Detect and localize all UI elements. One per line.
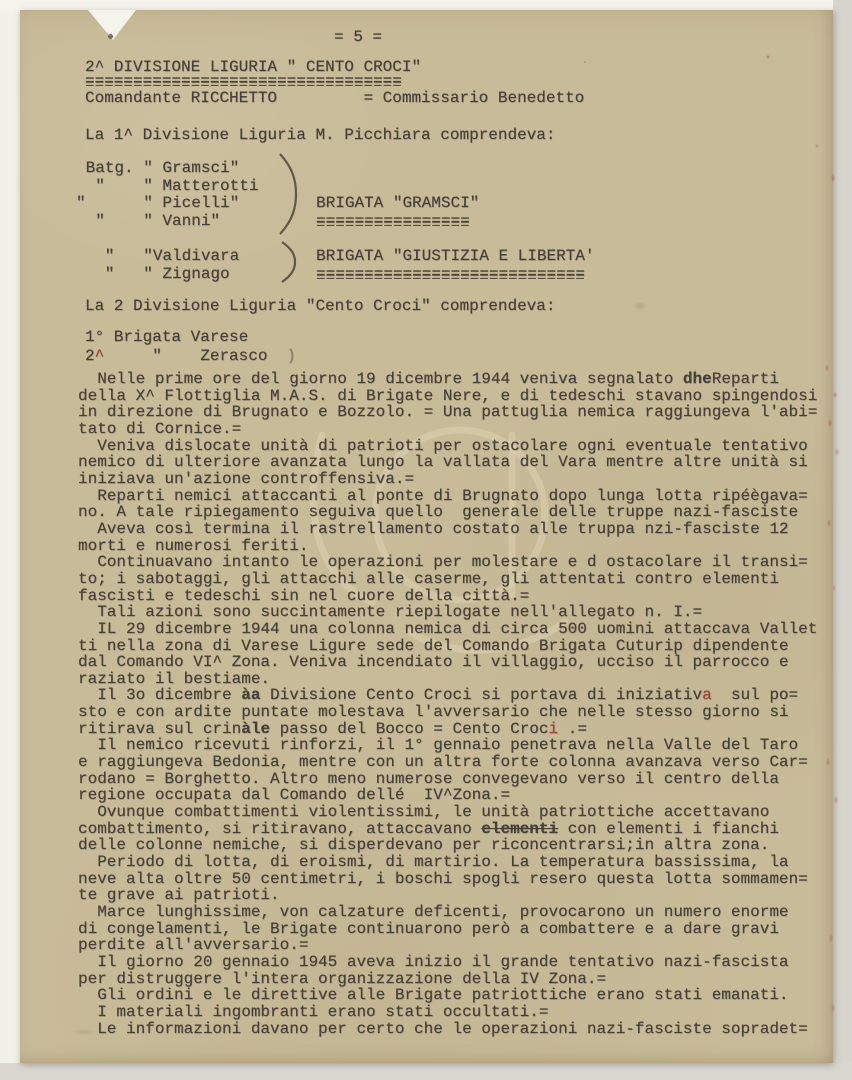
- text-segment: ================: [316, 212, 470, 230]
- text-segment: " Zerasco: [104, 347, 286, 365]
- text-segment: ritirava sul crin: [78, 720, 241, 738]
- battalion-line: " " Vanni" ================: [76, 213, 594, 231]
- text-line: regione occupata dal Comando dellé IV^Zo…: [78, 787, 817, 804]
- overstruck-word: elementi: [481, 820, 558, 838]
- battalion-line: " " Matterotti: [76, 178, 594, 196]
- text-line: delle colonne nemiche, si disperdevano p…: [78, 837, 817, 854]
- unit-line: 2^ " Zerasco ): [85, 347, 296, 366]
- battalion-line: " "Valdivara BRIGATA "GIUSTIZIA E LIBERT…: [76, 248, 594, 266]
- text-segment: con elementi i fianchi: [558, 820, 779, 838]
- text-line: ritirava sul crinàle passo del Bocco = C…: [78, 721, 817, 738]
- text-line: Marce lunghissime, von calzature deficen…: [78, 904, 817, 921]
- text-segment: ^: [95, 347, 105, 365]
- text-segment: Il 3o dicembre: [78, 686, 241, 704]
- text-line: in direzione di Brugnato e Bozzolo. = Un…: [78, 404, 817, 421]
- commander-line: Comandante RICCHETTO = Commissario Bened…: [85, 90, 584, 107]
- text-segment: sul po=: [712, 686, 798, 704]
- text-line: no. A tale ripiegamento seguiva quello g…: [78, 504, 817, 521]
- text-line: I materiali ingombranti erano stati occu…: [78, 1004, 817, 1021]
- battalion-line: [76, 230, 594, 248]
- scan-bed-right: [833, 0, 852, 1080]
- text-line: IL 29 dicembre 1944 una colonna nemica d…: [78, 621, 817, 638]
- brace-brigata-giustizia: [278, 239, 300, 285]
- text-line: Gli ordini e le direttive alle Brigate p…: [78, 987, 817, 1004]
- text-segment: 2: [85, 347, 95, 365]
- text-segment: combattimento, si ritiravano, attaccavan…: [78, 820, 481, 838]
- text-segment: .=: [558, 720, 587, 738]
- text-segment: Reparti: [712, 370, 779, 388]
- text-line: Nelle prime ore del giorno 19 dicembre 1…: [78, 371, 817, 388]
- text-line: dal Comando VI^ Zona. Veniva incendiato …: [78, 654, 817, 671]
- text-line: neve alta oltre 50 centimetri, i boschi …: [78, 871, 817, 888]
- page-number: = 5 =: [78, 28, 638, 46]
- text-line: Il nemico ricevuti rinforzi, il 1° genna…: [78, 737, 817, 754]
- text-line: perdite all'avversario.=: [78, 937, 817, 954]
- title-underline: =================================: [85, 73, 584, 90]
- text-line: Il 3o dicembre àa Divisione Cento Croci …: [78, 687, 817, 704]
- battalion-line: " " Zignago ============================: [76, 266, 594, 284]
- text-line: Reparti nemici attaccanti al ponte di Br…: [78, 488, 817, 505]
- text-segment: dhe: [683, 370, 712, 388]
- text-segment: ============================: [316, 265, 585, 283]
- division2-intro: La 2 Divisione Liguria "Cento Croci" com…: [85, 297, 555, 315]
- document-header: 2^ DIVISIONE LIGURIA " CENTO CROCI" ====…: [85, 59, 584, 107]
- text-line: ti nella zona di Varese Ligure sede del …: [78, 638, 817, 655]
- text-line: della X^ Flottiglia M.A.S. di Brigate Ne…: [78, 388, 817, 405]
- text-line: per distruggere l'intera organizzazione …: [78, 971, 817, 988]
- text-line: Continuavano intanto le operazioni per m…: [78, 554, 817, 571]
- battalion-line: " " Picelli" BRIGATA "GRAMSCI": [76, 195, 594, 213]
- text-line: Aveva così termina il rastrellamento cos…: [78, 521, 817, 538]
- text-line: sto e con ardite puntate molestava l'avv…: [78, 704, 817, 721]
- battalion-line: Batg. " Gramsci": [76, 160, 594, 178]
- text-segment: àa: [241, 686, 260, 704]
- text-line: Il giorno 20 gennaio 1945 aveva inizio i…: [78, 954, 817, 971]
- text-line: te grave ai patrioti.: [78, 887, 817, 904]
- unit-line: 1° Brigata Varese: [85, 328, 296, 347]
- text-line: Veniva dislocate unità di patrioti per o…: [78, 438, 817, 455]
- text-line: e raggiungeva Bedonia, mentre con un alt…: [78, 754, 817, 771]
- text-segment: Nelle prime ore del giorno 19 dicembre 1…: [78, 370, 683, 388]
- text-line: iniziava un'azione controffensiva.=: [78, 471, 817, 488]
- text-segment: àle: [241, 720, 270, 738]
- text-line: Ovunque combattimenti violentissimi, le …: [78, 804, 817, 821]
- text-line: fascisti e tedeschi sin nel cuore della …: [78, 588, 817, 605]
- brace-brigata-gramsci: [276, 151, 300, 237]
- body-text: Nelle prime ore del giorno 19 dicembre 1…: [78, 371, 817, 1037]
- text-line: to; i sabotaggi, gli attacchi alle caser…: [78, 571, 817, 588]
- text-line: raziato il bestiame.: [78, 671, 817, 688]
- text-line: Tali azioni sono succintamente riepiloga…: [78, 604, 817, 621]
- text-line: di congelamenti, le Brigate continuarono…: [78, 921, 817, 938]
- text-line: Le informazioni davano per certo che le …: [78, 1021, 817, 1038]
- text-line: rodano = Borghetto. Altro meno numerose …: [78, 771, 817, 788]
- text-line: tato di Cornice.=: [78, 421, 817, 438]
- text-line: Periodo di lotta, di eroismi, di martiri…: [78, 854, 817, 871]
- text-segment: passo del Bocco = Cento Croc: [270, 720, 548, 738]
- scan-bed-bottom: [0, 1063, 852, 1080]
- division2-units: 1° Brigata Varese2^ " Zerasco ): [85, 328, 296, 365]
- scan-bed-left: [0, 0, 20, 1080]
- text-segment: ): [287, 347, 297, 365]
- document-page: = 5 = 2^ DIVISIONE LIGURIA " CENTO CROCI…: [20, 10, 833, 1063]
- text-segment: i: [549, 720, 559, 738]
- text-segment: a: [702, 686, 712, 704]
- text-line: combattimento, si ritiravano, attaccavan…: [78, 821, 817, 838]
- text-segment: Divisione Cento Croci si portava di iniz…: [260, 686, 702, 704]
- division1-intro: La 1^ Divisione Liguria M. Picchiara com…: [85, 126, 555, 144]
- text-line: nemico di ulteriore avanzata lungo la va…: [78, 454, 817, 471]
- battalion-list: Batg. " Gramsci" " " Matterotti" " Picel…: [76, 160, 594, 283]
- text-line: morti e numerosi feriti.: [78, 538, 817, 555]
